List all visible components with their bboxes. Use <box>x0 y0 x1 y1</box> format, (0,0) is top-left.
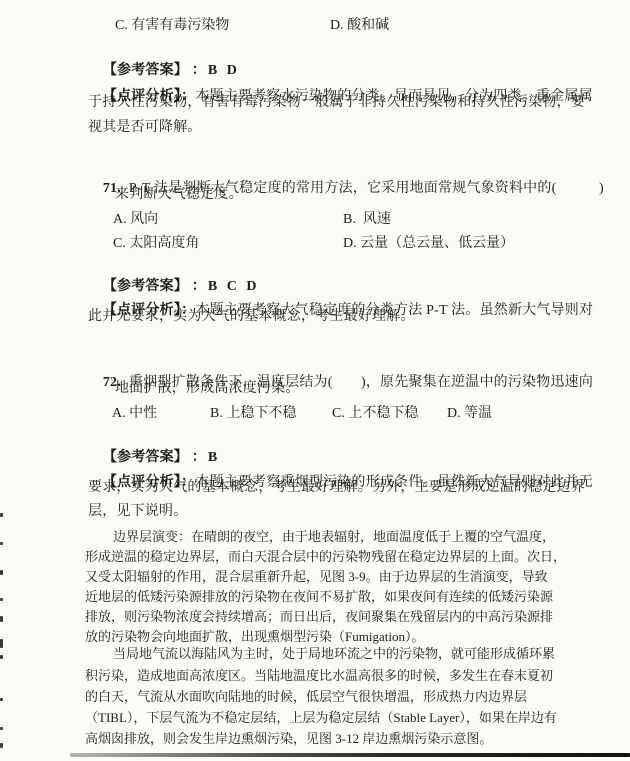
q71-option-c: C. 太阳高度角 <box>113 234 199 253</box>
q72-analysis-line-2: 要求，实为大气的基本概念，考生最好理解。另外，主要是形成逆温的稳定边界 <box>88 478 585 500</box>
para2-line-5: 高烟囱排放，则会发生岸边熏烟污染，见图 3-12 岸边熏烟污染示意图。 <box>85 729 492 751</box>
scan-artifact <box>0 698 3 701</box>
q72-option-a: A. 中性 <box>112 404 157 423</box>
q71-stem-line-1: 71.P-T 法是判断大气稳定度的常用方法，它采用地面常规气象资料中的( ) <box>88 160 604 182</box>
scan-artifact <box>0 616 3 622</box>
scan-artifact <box>0 570 3 575</box>
scanned-exam-page: C. 有害有毒污染物 D. 酸和碱 【参考答案】 ：B D 【点评分析】：本题主… <box>0 0 630 761</box>
scan-artifact <box>0 743 3 748</box>
q70-option-d: D. 酸和碱 <box>330 16 389 35</box>
q72-stem-line-2: 地面扩散，形成高浓度污染。 <box>115 379 300 401</box>
q70-analysis-line-3: 视其是否可降解。 <box>88 118 202 140</box>
q71-options-row-cd: C. 太阳高度角 D. 云量（总云量、低云量） <box>0 234 630 256</box>
q70-options-row: C. 有害有毒污染物 D. 酸和碱 <box>0 16 630 38</box>
q72-stem-line-1: 72.熏烟型扩散条件下，温度层结为( )，原先聚集在逆温中的污染物迅速向 <box>88 354 593 376</box>
q71-option-d: D. 云量（总云量、低云量） <box>343 234 514 253</box>
scan-artifact <box>0 655 3 659</box>
scan-artifact <box>0 598 3 601</box>
para1-line-4: 近地层的低矮污染源排放的污染物在夜间不易扩散，如果夜间有连续的低矮污染源 <box>85 587 553 609</box>
page-bottom-rule <box>70 753 630 757</box>
q71-option-a: A. 风向 <box>113 210 158 229</box>
scan-artifact <box>0 639 3 648</box>
q72-analysis-line-3: 层，见下说明。 <box>88 502 187 524</box>
q72-options-row: A. 中性 B. 上稳下不稳 C. 上不稳下稳 D. 等温 <box>0 404 630 426</box>
q70-analysis-line-2: 于持久性污染物，有害有毒污染物一般属于非持久性污染物和持久性污染物，要 <box>88 93 585 115</box>
scan-artifact <box>0 542 3 545</box>
para1-line-5: 排放，则污染物浓度会持续增高；而日出后，夜间聚集在残留层内的中高污染源排 <box>85 607 553 629</box>
scan-artifact <box>0 513 3 517</box>
scan-artifact <box>0 727 3 730</box>
para1-line-2: 形成逆温的稳定边界层，而白天混合层中的污染物残留在稳定边界层的上面。次日， <box>85 547 566 569</box>
q72-answer-line: 【参考答案】 ：B <box>88 429 220 451</box>
q72-option-c: C. 上不稳下稳 <box>332 404 418 423</box>
q70-analysis-line-1: 【点评分析】：本题主要考察水污染物的分类。显而易见，分为四类。重金属属 <box>88 68 593 90</box>
para2-line-2: 积污染，造成地面高浓度区。当陆地温度比水温高很多的时候，多发生在春末夏初 <box>85 666 553 688</box>
para2-line-3: 的白天，气流从水面吹向陆地的时候，低层空气很快增温，形成热力内边界层 <box>85 687 527 709</box>
para2-line-4: （TIBL），下层气流为不稳定层结，上层为稳定层结（Stable Layer），… <box>85 708 557 730</box>
q72-option-d: D. 等温 <box>447 404 492 423</box>
q72-option-b: B. 上稳下不稳 <box>210 404 296 423</box>
q71-analysis-line-1: 【点评分析】：本题主要考察大气稳定度的分类方法 P-T 法。虽然新大气导则对 <box>88 282 593 304</box>
q71-analysis-line-2: 此并无要求，实为大气的基本概念，考生最好理解。 <box>88 307 415 329</box>
q71-option-b: B. 风速 <box>343 210 391 229</box>
para1-line-1: 边界层演变：在晴朗的夜空，由于地表辐射，地面温度低于上覆的空气温度， <box>85 527 555 549</box>
q71-options-row-ab: A. 风向 B. 风速 <box>0 210 630 232</box>
q70-answer-line: 【参考答案】 ：B D <box>88 42 240 64</box>
q70-option-c: C. 有害有毒污染物 <box>115 16 229 35</box>
para1-line-3: 又受太阳辐射的作用，混合层重新升起，见图 3-9。由于边界层的生消演变，导致 <box>85 567 548 589</box>
q71-answer-line: 【参考答案】 ：B C D <box>88 258 259 280</box>
q72-analysis-line-1: 【点评分析】：本题主要考察熏烟型污染的形成条件。虽然新大气导则对此并无 <box>88 454 593 476</box>
q71-stem-line-2: 来判断大气稳定度。 <box>115 185 243 207</box>
para2-line-1: 当局地气流以海陆风为主时，处于局地环流之中的污染物，就可能形成循环累 <box>85 644 555 666</box>
